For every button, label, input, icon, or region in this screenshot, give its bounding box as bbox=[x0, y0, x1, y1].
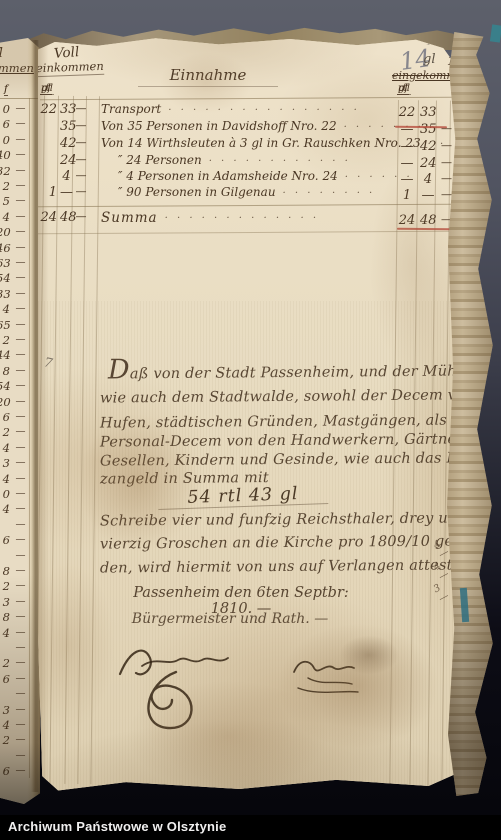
page-gutter-shadow bbox=[31, 40, 39, 792]
right-margin-jottings: 4 —4 —3 — bbox=[38, 36, 458, 596]
archive-name: Archiwum Państwowe w Olsztynie bbox=[8, 819, 226, 834]
archive-caption-bar: Archiwum Państwowe w Olsztynie bbox=[0, 815, 501, 840]
ledger-page: Voll einkommen Einnahme 14 gl 18 12. ein… bbox=[38, 36, 458, 792]
archival-scan: ſl kommen ſf 0—6—0—40—32—2—5—4—20—46—63—… bbox=[0, 0, 501, 840]
signature-flourish-right bbox=[290, 652, 366, 696]
signoff: Bürgermeister und Rath. — bbox=[118, 611, 342, 627]
signature-flourish-left bbox=[110, 634, 244, 738]
teal-backing-sliver-top bbox=[490, 24, 501, 42]
